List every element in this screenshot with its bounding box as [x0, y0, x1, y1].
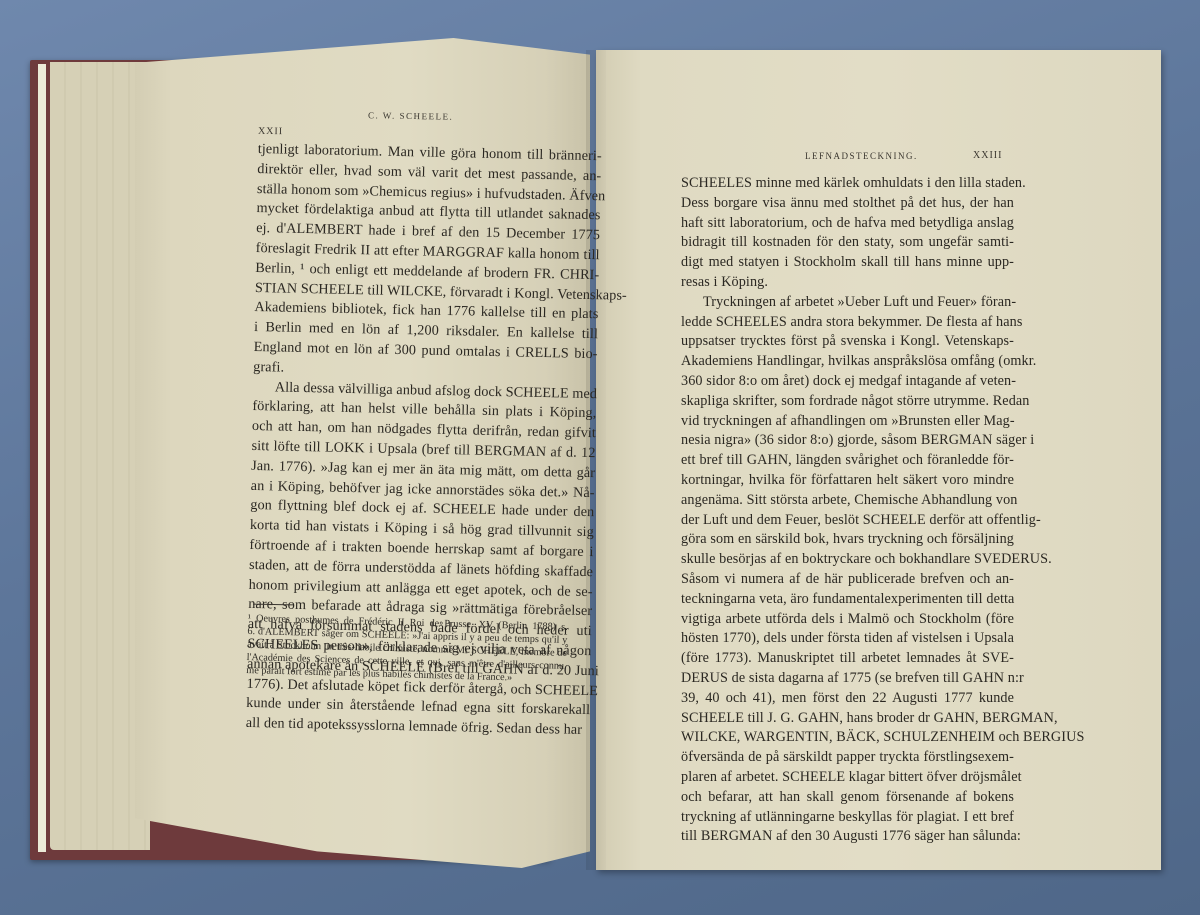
text-line: göra som en särskild bok, hvars trycknin…: [681, 530, 1014, 550]
text-line: vid tryckningen af afhandlingen om »Brun…: [681, 412, 1014, 432]
text-line: Akademiens Handlingar, hvilkas anspråksl…: [681, 352, 1014, 372]
text-line: vigtiga arbete utförda dels i Malmö och …: [681, 610, 1014, 630]
text-line: ett bref till GAHN, längden svårighet oc…: [681, 451, 1014, 471]
text-line: angenäma. Sitt största arbete, Chemische…: [681, 491, 1014, 511]
text-line: digt med statyen i Stockholm skall till …: [681, 253, 1014, 273]
text-line: (före 1773). Manuskriptet till arbetet l…: [681, 649, 1014, 669]
text-line: Dess borgare visa ännu med stolthet på d…: [681, 194, 1014, 214]
text-line: öfversända de på särskildt papper tryckt…: [681, 748, 1014, 768]
left-page-number: XXII: [258, 126, 283, 137]
text-line: kortningar, hvilka för författaren helt …: [681, 471, 1014, 491]
right-page-body: SCHEELES minne med kärlek omhuldats i de…: [681, 174, 1014, 847]
text-line: hösten 1770), dels under första tiden af…: [681, 629, 1014, 649]
text-line: Tryckningen af arbetet »Ueber Luft und F…: [681, 293, 1014, 313]
text-line: haft sitt laboratorium, och de hafva med…: [681, 214, 1014, 234]
text-line: och befarar, att han skall genom försena…: [681, 788, 1014, 808]
right-running-head: LEFNADSTECKNING.: [805, 151, 918, 161]
right-page-number: XXIII: [973, 150, 1002, 161]
text-line: uppsatser trycktes först på svenska i Ko…: [681, 332, 1014, 352]
text-line: WILCKE, WARGENTIN, BÄCK, SCHULZENHEIM oc…: [681, 728, 1014, 748]
text-line: SCHEELES minne med kärlek omhuldats i de…: [681, 174, 1014, 194]
text-line: plaren af arbetet. SCHEELE klagar bitter…: [681, 768, 1014, 788]
cover-inner-edge: [38, 64, 46, 852]
text-line: resas i Köping.: [681, 273, 1014, 293]
text-line: ledde SCHEELES andra stora bekymmer. De …: [681, 313, 1014, 333]
text-line: 39, 40 och 41), men först den 22 Augusti…: [681, 689, 1014, 709]
left-page-footnotes: ¹ Oeuvres posthumes de Frédéric II Roi d…: [246, 612, 568, 686]
text-line: till BERGMAN af den 30 Augusti 1776 säge…: [681, 827, 1014, 847]
text-line: DERUS de sista dagarna af 1775 (se brefv…: [681, 669, 1014, 689]
text-line: tryckning af utlänningarne beskyllas för…: [681, 808, 1014, 828]
text-line: der Luft und dem Feuer, beslöt SCHEELE d…: [681, 511, 1014, 531]
text-line: nesia nigra» (36 sidor 8:o) gjorde, såso…: [681, 431, 1014, 451]
left-running-head: C. W. SCHEELE.: [368, 110, 453, 121]
text-line: Såsom vi numera af de här publicerade br…: [681, 570, 1014, 590]
text-line: SCHEELE till J. G. GAHN, hans broder dr …: [681, 709, 1014, 729]
text-line: skapliga skrifter, som fordrade något st…: [681, 392, 1014, 412]
text-line: skulle besörjas af en boktryckare och bo…: [681, 550, 1014, 570]
text-line: bidragit till kostnaden för den staty, s…: [681, 233, 1014, 253]
text-line: 360 sidor 8:o om året) dock ej medgaf in…: [681, 372, 1014, 392]
text-line: teckningarna veta, äro fundamentalexperi…: [681, 590, 1014, 610]
